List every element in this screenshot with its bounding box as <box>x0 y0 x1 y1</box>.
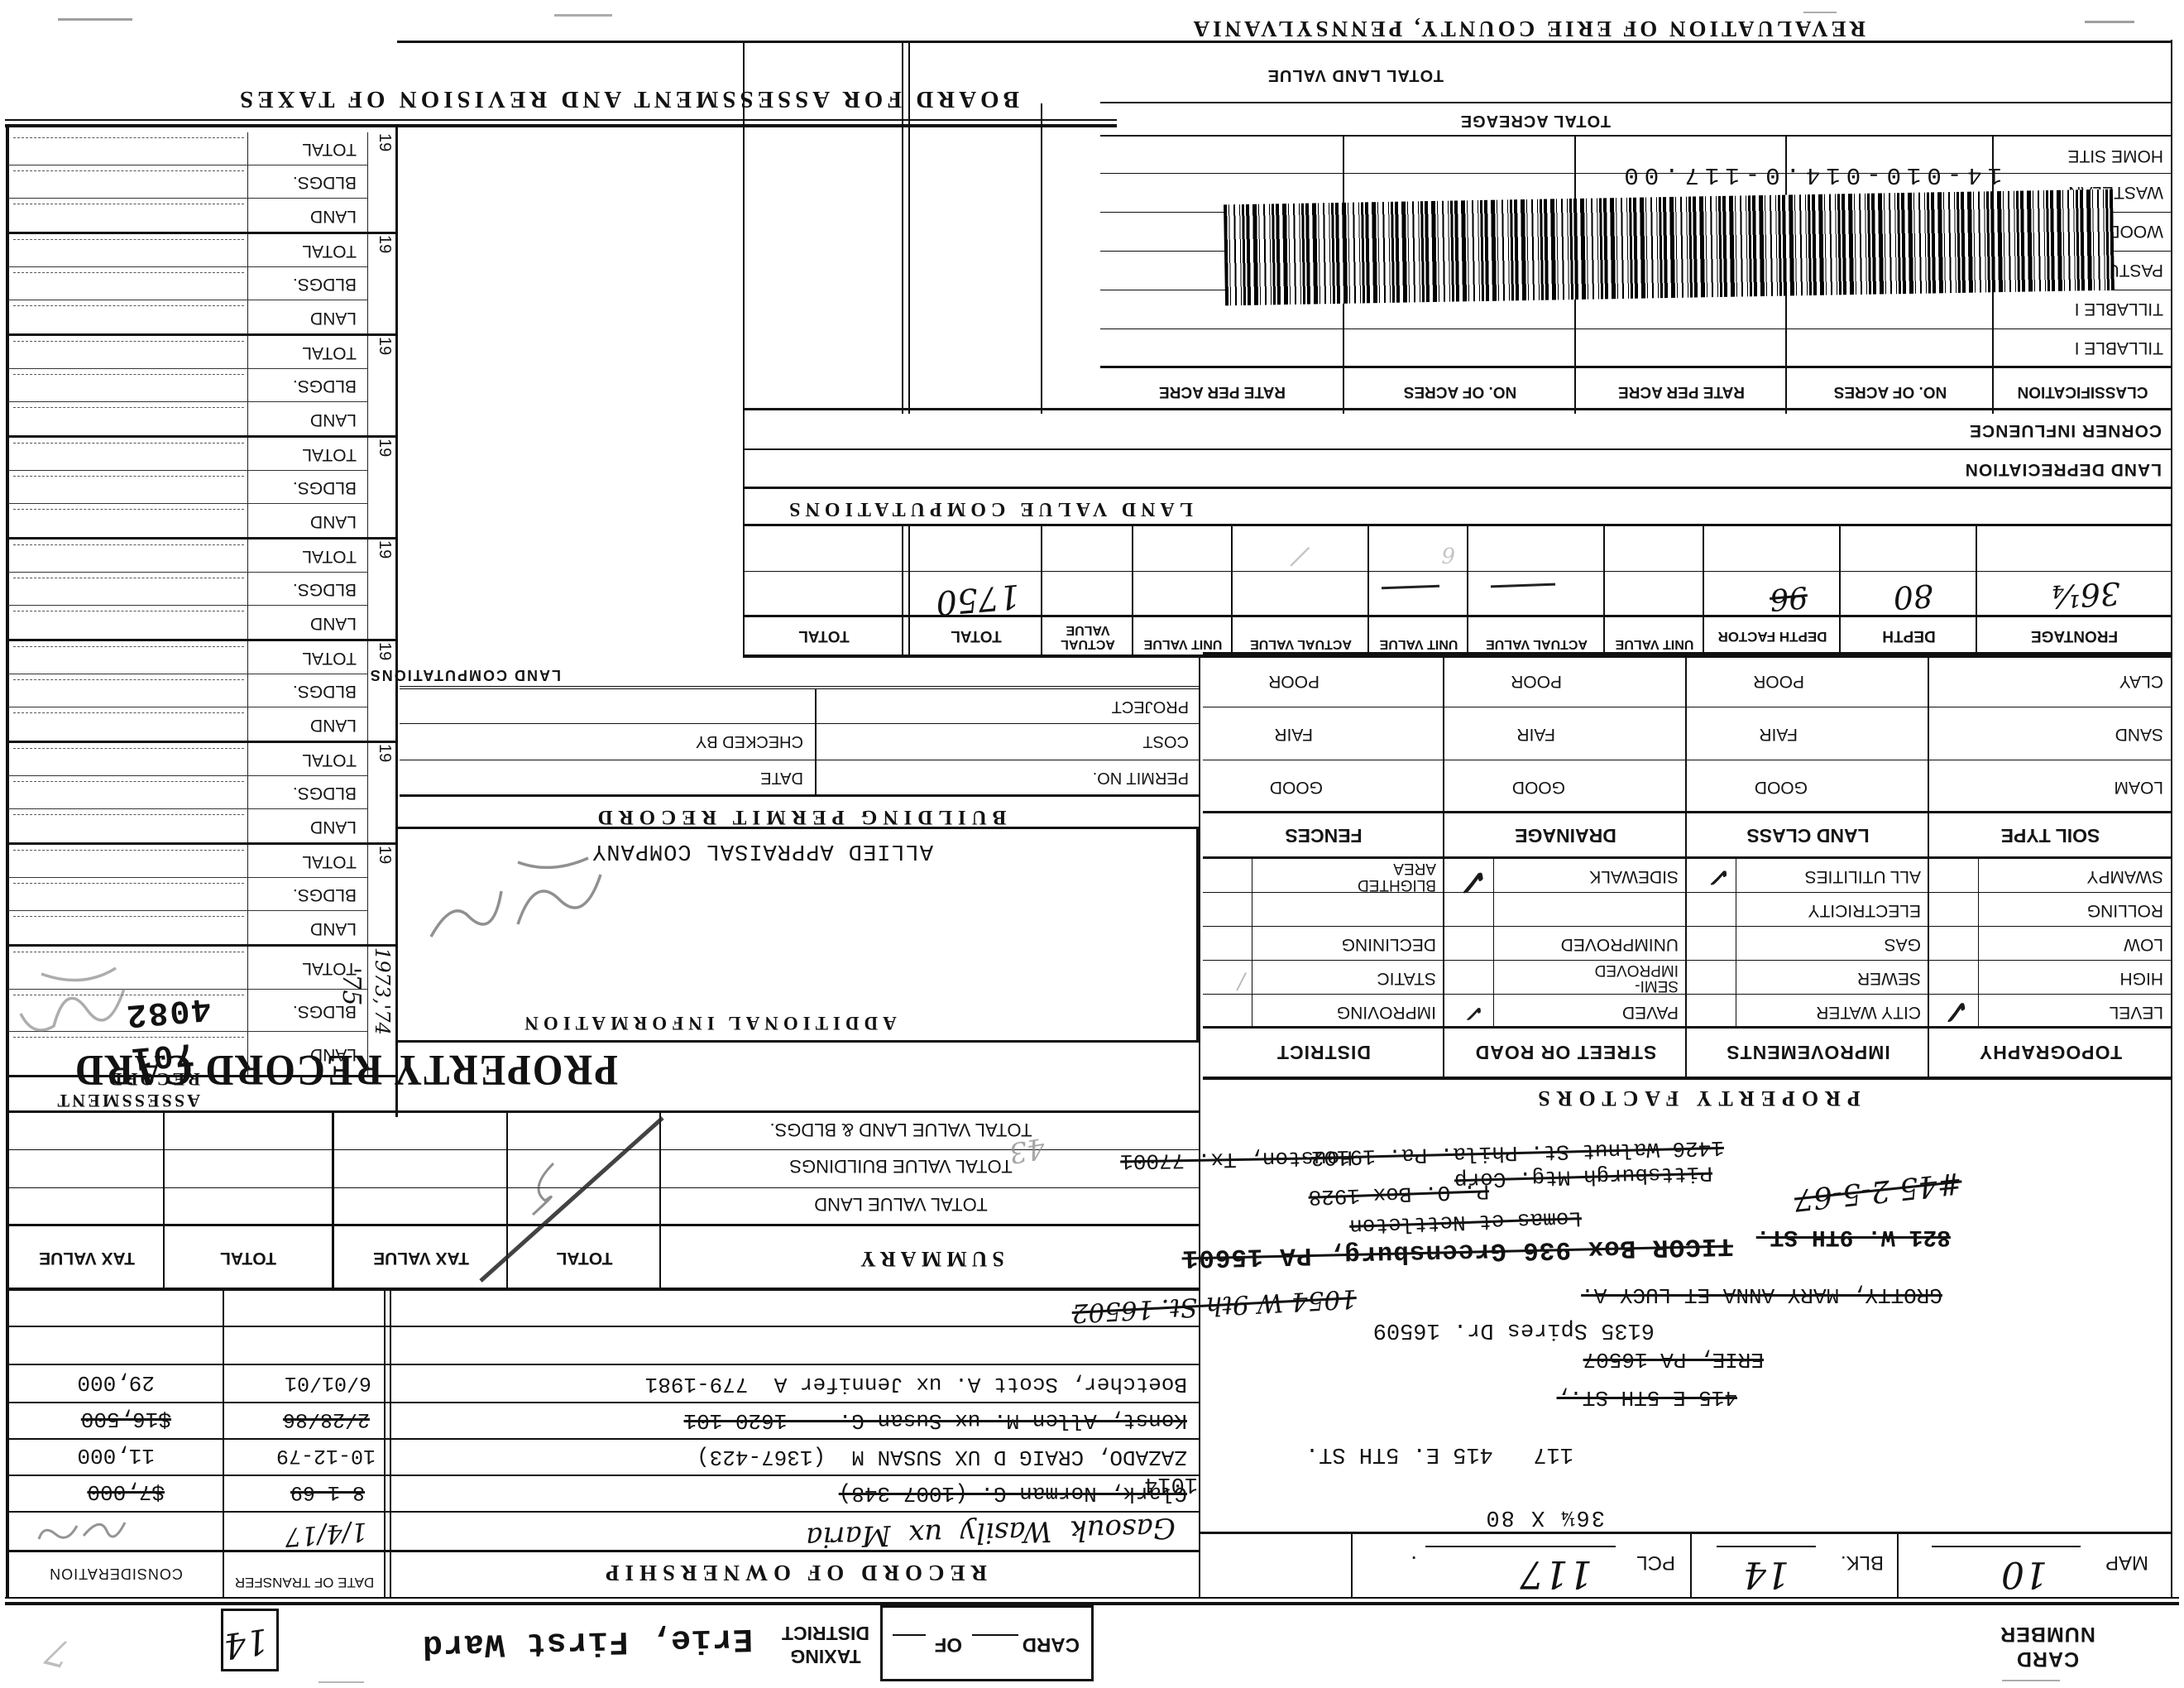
hw-total: 1750 <box>934 577 1021 622</box>
summary-table: SUMMARY TOTAL TAX VALUE TOTAL TAX VALUE … <box>9 1110 1199 1291</box>
assessment-value-line <box>13 646 244 648</box>
assessment-value-line <box>13 272 244 274</box>
assessment-row-1-2: TOTAL <box>8 845 368 878</box>
ownership-table: RECORD OF OWNERSHIP DATE OF TRANSFER CON… <box>9 1288 1199 1597</box>
assessment-row-label: TOTAL <box>302 139 357 159</box>
assessment-value-line <box>13 137 244 139</box>
lvc-banner-title: LAND VALUE COMPUTATIONS <box>757 497 1220 520</box>
handwritten-45-2-5-67: #45 2-5-67 <box>1793 1165 1964 1216</box>
board-title: BOARD FOR ASSESSMENT AND REVISION OF TAX… <box>236 85 1019 113</box>
pcl-label: PCL <box>1636 1551 1675 1574</box>
assessment-row-label: BLDGS. <box>293 172 357 192</box>
assessment-stamp-value: 4082 <box>123 989 213 1033</box>
land-class-fair: FAIR <box>1759 724 1798 744</box>
assessment-row-label: LAND <box>310 918 357 938</box>
assessment-row-label: LAND <box>310 613 357 633</box>
stamp-lomas: Lomas et Nettleton <box>1349 1206 1583 1239</box>
property-record-card-scan: CARD NUMBER CARD OF TAXING DISTRICT Erie… <box>0 0 2184 1688</box>
lvc-depr-rule <box>745 448 2172 450</box>
lvc-h-depth-factor: DEPTH FACTOR <box>1704 628 1841 645</box>
lvc-banner-rule-top <box>745 524 2172 526</box>
assessment-row-8-1: BLDGS. <box>8 165 368 199</box>
factor-unimproved: UNIMPROVED <box>1561 934 1679 954</box>
property-factors-table: TOPOGRAPHY IMPROVEMENTS STREET OR ROAD D… <box>1203 652 2172 1080</box>
assessment-row-label: BLDGS. <box>293 681 357 701</box>
assessment-value-line <box>13 407 244 409</box>
factor-rolling: ROLLING <box>2087 900 2163 920</box>
assessment-row-label: BLDGS. <box>293 1001 357 1021</box>
class-h-2: RATE PER ACRE <box>1576 382 1787 400</box>
assessment-row-label: LAND <box>310 206 357 226</box>
lvc-banner-rule-bottom <box>745 487 2172 489</box>
pencil-scribble-consideration <box>32 1514 132 1551</box>
own-row-rule-1 <box>9 1511 1199 1513</box>
assessment-group-2: 19LANDBLDGS.TOTAL <box>8 743 395 845</box>
factor-improving: IMPROVING <box>1337 1002 1436 1022</box>
land-value-computations-table: FRONTAGE DEPTH DEPTH FACTOR UNIT VALUE A… <box>745 408 2172 658</box>
permit-row-rule-2 <box>400 723 1199 724</box>
lvc-row-rule-1 <box>745 571 2172 572</box>
assessment-row-label: LAND <box>310 511 357 531</box>
revaluation-title: REVALUATION OF ERIE COUNTY, PENNSYLVANIA <box>1190 16 1865 41</box>
assessment-value-line <box>13 883 244 885</box>
blk-underline <box>1717 1546 1816 1547</box>
lvc-h-total-1: TOTAL <box>910 626 1042 645</box>
pcl-value: 117 <box>1520 1552 1592 1597</box>
rule-bottom-right-1 <box>5 124 1117 127</box>
lvc-h-total-2: TOTAL <box>745 626 903 645</box>
divider-main <box>1199 658 1200 1599</box>
factor-swampy: SWAMPY <box>2086 866 2163 886</box>
owner-date-3: 10-12-79 <box>276 1444 376 1468</box>
factor-all-utilities: ALL UTILITIES <box>1805 866 1921 886</box>
blank-zone-left-line <box>743 41 745 658</box>
class-row-homesite: HOME SITE <box>2067 146 2163 165</box>
assessment-row-1-0: LAND <box>8 911 368 944</box>
ownership-title: RECORD OF OWNERSHIP <box>438 1560 1149 1585</box>
assessment-value-line <box>13 850 244 851</box>
map-cell-line-2 <box>1690 1534 1692 1597</box>
class-h-4: RATE PER ACRE <box>1100 382 1344 400</box>
assessment-value-line <box>13 814 244 816</box>
stamp-pobox: P. O. Box 1928 <box>1308 1178 1489 1210</box>
own-header-rule <box>9 1550 1199 1552</box>
map-cell-line-3 <box>1351 1534 1353 1597</box>
lvc-h-unit-2: UNIT VALUE <box>1369 637 1468 651</box>
scan-speck-5 <box>2002 1680 2060 1681</box>
assessment-row-label: TOTAL <box>302 444 357 464</box>
assessment-row-label: LAND <box>310 308 357 328</box>
assessment-row-label: LAND <box>310 1044 357 1064</box>
assessment-row-4-0: LAND <box>8 606 368 639</box>
assessment-band-left-border <box>395 127 398 1117</box>
assessment-year-0: 1973,'74 <box>371 947 394 1070</box>
card-blank-2 <box>893 1634 926 1636</box>
assessment-row-5-2: TOTAL <box>8 438 368 471</box>
assessment-value-line <box>13 443 244 444</box>
factors-header-district: DISTRICT <box>1203 1041 1444 1063</box>
hw-dash-1 <box>1491 583 1555 588</box>
assessment-row-label: BLDGS. <box>293 376 357 396</box>
assessment-row-1-1: BLDGS. <box>8 878 368 911</box>
rule-top-2 <box>5 1597 2179 1599</box>
address-old1: 415 E 5TH ST., <box>1557 1385 1737 1410</box>
additional-information-box: ADDITIONAL INFORMATION ALLIED APPRAISAL … <box>395 827 1199 1043</box>
assessment-group-8: 19LANDBLDGS.TOTAL <box>8 132 395 234</box>
map-underline <box>1932 1546 2081 1547</box>
address-line1: 117 415 E. 5TH ST. <box>1305 1441 1573 1466</box>
factors-col-line-3 <box>1443 655 1444 1077</box>
permit-checked-by-label: CHECKED BY <box>696 731 803 750</box>
assessment-value-line <box>13 712 244 714</box>
factors-row-rule-3 <box>1203 926 2172 927</box>
assessment-value-line <box>13 781 244 783</box>
assessment-row-5-0: LAND <box>8 504 368 537</box>
assessment-row-8-2: TOTAL <box>8 132 368 165</box>
lvc-h-unit-1: UNIT VALUE <box>1605 637 1704 651</box>
owner-date-4: 2/28/86 <box>283 1407 370 1431</box>
assessment-row-3-0: LAND <box>8 707 368 741</box>
assessment-value-line <box>13 544 244 546</box>
assessment-group-1: 19LANDBLDGS.TOTAL <box>8 845 395 947</box>
drainage-fair: FAIR <box>1516 724 1555 744</box>
drainage-good: GOOD <box>1512 777 1565 797</box>
taxing-district-stamp: Erie, First Ward <box>422 1619 754 1663</box>
card-of-box: CARD OF <box>880 1605 1094 1681</box>
pcl-period: . <box>1410 1551 1417 1577</box>
factors-check-line-3 <box>1252 859 1252 1029</box>
address-old2: ERIE, PA 16507 <box>1583 1347 1764 1372</box>
own-row-rule-2 <box>9 1475 1199 1476</box>
blk-value: 14 <box>1743 1553 1789 1595</box>
assessment-row-7-0: LAND <box>8 300 368 333</box>
factor-static: STATIC <box>1377 968 1436 988</box>
factor-gas: GAS <box>1885 934 1921 954</box>
scan-speck-1 <box>2085 21 2134 23</box>
assessment-row-3-1: BLDGS. <box>8 674 368 707</box>
scan-speck-4 <box>58 18 132 21</box>
scan-speck-6 <box>318 1681 364 1683</box>
map-blk-pcl-row: MAP 10 BLK. 14 PCL 117 . <box>1200 1532 2172 1597</box>
assessment-row-3-2: TOTAL <box>8 641 368 674</box>
class-h-1: NO. OF ACRES <box>1787 382 1994 400</box>
class-row-tillable1: TILLABLE I <box>2075 338 2163 357</box>
assessment-year-6: 19 <box>375 337 394 430</box>
pencil-43: 43 <box>1007 1131 1048 1170</box>
factor-sidewalk: SIDEWALK <box>1589 866 1679 886</box>
fences-header: FENCES <box>1203 824 1444 846</box>
own-row-rule-3 <box>9 1438 1199 1440</box>
assessment-year-4: 19 <box>375 540 394 634</box>
factors-header-topography: TOPOGRAPHY <box>1929 1041 2172 1063</box>
stamp-821-w9th: 821 W. 9TH ST. <box>1756 1224 1951 1249</box>
check-sidewalk: ✓ <box>1460 861 1492 902</box>
permit-row-rule-1 <box>400 760 1199 760</box>
land-class-header: LAND CLASS <box>1687 824 1929 846</box>
factors-header-street: STREET OR ROAD <box>1444 1041 1687 1063</box>
assessment-row-2-2: TOTAL <box>8 743 368 776</box>
lvc-h-frontage: FRONTAGE <box>1977 626 2172 645</box>
soil-row-rule-2 <box>1203 707 2172 707</box>
assessment-row-7-2: TOTAL <box>8 234 368 267</box>
assessment-row-6-2: TOTAL <box>8 336 368 369</box>
assessment-year-2: 19 <box>375 744 394 837</box>
assessment-row-7-1: BLDGS. <box>8 267 368 300</box>
owner-name-5: Boetcher, Scott A. ux Jennifer A 779-198… <box>645 1372 1187 1397</box>
additional-information-title: ADDITIONAL INFORMATION <box>419 1012 998 1033</box>
land-class-good: GOOD <box>1755 777 1808 797</box>
hw-depth-factor: 96 <box>1768 579 1808 616</box>
assessment-row-label: TOTAL <box>302 648 357 668</box>
total-land-value-label: TOTAL LAND VALUE <box>1267 65 1444 84</box>
address-current: 6135 Spires Dr. 16509 <box>1373 1317 1655 1342</box>
assessment-value-line <box>13 239 244 241</box>
assessment-row-8-0: LAND <box>8 199 368 232</box>
class-h-3: NO. OF ACRES <box>1344 382 1576 400</box>
building-permit-record: BUILDING PERMIT RECORD PERMIT NO. DATE C… <box>400 686 1199 832</box>
soil-header-rule-top <box>1203 856 2172 859</box>
factor-low: LOW <box>2124 934 2163 954</box>
factor-electricity: ELECTRICITY <box>1808 900 1921 920</box>
assessment-groups: 1973,'74'75LAND701BLDGS.4082TOTAL19LANDB… <box>8 127 395 1077</box>
soil-sand: SAND <box>2115 724 2163 744</box>
ward-box: 14 <box>221 1609 279 1671</box>
assessment-row-label: LAND <box>310 715 357 735</box>
pencil-slash-summary <box>462 1114 678 1288</box>
summary-row-land-bldgs: TOTAL VALUE LAND & BLDGS. <box>669 1119 1133 1140</box>
total-col-line-ext <box>1041 103 1042 414</box>
summary-taxvalue-2: TAX VALUE <box>9 1248 165 1268</box>
owner-amount-5: 29,000 <box>77 1370 155 1395</box>
owner-amount-3: 11,000 <box>77 1443 155 1468</box>
drainage-header: DRAINAGE <box>1444 824 1687 846</box>
hw-faint-slash: / <box>1291 539 1310 574</box>
hw-frontage: 36¼ <box>2049 575 2121 615</box>
assessment-year-8: 19 <box>375 133 394 227</box>
factors-header-improvements: IMPROVEMENTS <box>1687 1041 1929 1063</box>
assessment-value-line <box>13 341 244 343</box>
assessment-group-6: 19LANDBLDGS.TOTAL <box>8 336 395 438</box>
assessment-value-line <box>13 374 244 376</box>
check-static-pencil: / <box>1238 969 1245 994</box>
allied-appraisal-company: ALLIED APPRAISAL COMPANY <box>591 838 933 863</box>
parcel-barcode <box>1224 189 2115 306</box>
factor-paved: PAVED <box>1622 1002 1679 1022</box>
permit-cost-label: COST <box>1142 731 1189 750</box>
class-header-rule <box>1100 366 2172 368</box>
stamp-ticor: TICOR Box 936 Greensburg, PA 15601 <box>1181 1230 1733 1272</box>
class-row-rule-1 <box>1100 328 2172 329</box>
lvc-h-actual-3: ACTUAL VALUE <box>1042 623 1133 651</box>
check-all-utilities: ✓ <box>1711 862 1731 891</box>
date-of-transfer-header: DATE OF TRANSFER <box>226 1575 383 1590</box>
taxing-district-label: TAXING DISTRICT <box>776 1622 875 1668</box>
summary-title: SUMMARY <box>661 1246 1199 1271</box>
assessment-value-line <box>13 916 244 918</box>
assessment-row-2-1: BLDGS. <box>8 776 368 809</box>
own-row-rule-4 <box>9 1402 1199 1403</box>
factor-semi-improved: SEMI- IMPROVED <box>1571 962 1679 994</box>
permit-title-rule <box>400 794 1199 797</box>
assessment-row-label: BLDGS. <box>293 274 357 294</box>
scan-speck-2 <box>1803 12 1837 13</box>
assessment-group-5: 19LANDBLDGS.TOTAL <box>8 438 395 539</box>
assessment-value-line <box>13 611 244 612</box>
ward-box-value: 14 <box>221 1621 271 1667</box>
owner-name-3: ZAZADO, CRAIG D UX SUSAN M (1367-423) <box>697 1445 1187 1470</box>
assessment-row-2-0: LAND <box>8 809 368 842</box>
lvc-line-6 <box>1367 526 1369 655</box>
check-paved: ✓ <box>1467 1000 1485 1025</box>
parcel-barcode-number: 14-010-014.0-117.00 <box>1618 161 2002 189</box>
pencil-mark-corner: 7 <box>41 1628 74 1675</box>
factors-row-rule-1 <box>1203 994 2172 995</box>
factors-col-line-1 <box>1928 655 1929 1077</box>
soil-clay: CLAY <box>2119 671 2163 691</box>
assessment-value-line <box>13 476 244 477</box>
soil-loam: LOAM <box>2114 777 2163 797</box>
card-number-label: CARD NUMBER <box>1994 1622 2101 1671</box>
permit-date-label: DATE <box>760 768 803 787</box>
fences-good: GOOD <box>1270 777 1323 797</box>
soil-type-header: SOIL TYPE <box>1929 824 2172 846</box>
class-h-0: CLASSIFICATION <box>1994 382 2172 400</box>
rule-top-1 <box>5 1602 2179 1605</box>
factor-declining: DECLINING <box>1342 934 1436 954</box>
assessment-row-label: TOTAL <box>302 343 357 362</box>
owner-date-1: 1/4/17 <box>284 1517 368 1552</box>
land-class-poor: POOR <box>1753 671 1804 691</box>
summary-total-2: TOTAL <box>165 1248 332 1268</box>
assessment-row-6-0: LAND <box>8 402 368 435</box>
lvc-h-depth: DEPTH <box>1841 626 1977 645</box>
assessment-row-label: TOTAL <box>302 546 357 566</box>
factors-check-line-0 <box>1978 859 1979 1029</box>
permit-project-label: PROJECT <box>1112 697 1189 716</box>
assessment-row-4-1: BLDGS. <box>8 573 368 606</box>
assessment-stamp-value: 701 <box>128 1033 196 1077</box>
summary-row-land: TOTAL VALUE LAND <box>669 1193 1133 1215</box>
summary-row-buildings: TOTAL VALUE BUILDINGS <box>669 1155 1133 1177</box>
lvc-line-4 <box>1603 526 1605 655</box>
pcl-underline <box>1425 1546 1616 1547</box>
class-row-tillable2: TILLABLE I <box>2075 299 2163 319</box>
assessment-group-4: 19LANDBLDGS.TOTAL <box>8 539 395 641</box>
assessment-row-5-1: BLDGS. <box>8 471 368 504</box>
assessment-row-label: LAND <box>310 410 357 429</box>
hw-depth: 80 <box>1892 577 1934 616</box>
assessment-year-1: 19 <box>375 846 394 939</box>
owner-name-2: Clark, Norman G. (1007-348) <box>839 1481 1187 1506</box>
owner-name-1: Gasouk Wasily ux Maria <box>806 1511 1176 1554</box>
lvc-h-unit-3: UNIT VALUE <box>1133 637 1233 651</box>
assessment-value-line <box>13 509 244 511</box>
lvc-h-actual-1: ACTUAL VALUE <box>1468 637 1605 651</box>
owner-date-5: 6/01/01 <box>285 1371 371 1395</box>
lot-dimensions: 36¼ X 80 <box>1484 1504 1605 1529</box>
own-row-rule-6 <box>9 1326 1199 1327</box>
blk-label: BLK. <box>1841 1551 1884 1574</box>
factor-sewer: SEWER <box>1857 968 1921 988</box>
factors-header-rule <box>1203 1026 2172 1029</box>
drainage-poor: POOR <box>1511 671 1562 691</box>
factor-level: LEVEL <box>2110 1002 2163 1022</box>
assessment-row-4-2: TOTAL <box>8 539 368 573</box>
hw-faint-6: 6 <box>1441 542 1455 567</box>
corner-influence-label: CORNER INFLUENCE <box>1969 420 2162 440</box>
address-old3: GROTTY, MARY ANNA ET LUCY A. <box>1581 1283 1942 1307</box>
total-acreage-label: TOTAL ACREAGE <box>1460 111 1611 130</box>
owner-name-4: Konst, Allen M. ux Susan G. 1620-101 <box>684 1408 1188 1433</box>
total-acreage-row: TOTAL ACREAGE <box>1100 102 2172 137</box>
check-level: ✓ <box>1944 992 1974 1030</box>
pencil-scribble-group1 <box>8 947 132 1072</box>
map-label: MAP <box>2105 1551 2148 1574</box>
owner-date-2: 8-1-69 <box>290 1480 365 1504</box>
assessment-row-label: BLDGS. <box>293 885 357 904</box>
permit-no-label: PERMIT NO. <box>1093 768 1189 787</box>
permit-mid-line <box>815 689 817 797</box>
lvc-line-7 <box>1231 526 1233 655</box>
assessment-row-label: TOTAL <box>302 241 357 261</box>
pencil-scribble-additional <box>419 850 617 974</box>
land-depreciation-label: LAND DEPRECIATION <box>1965 459 2162 479</box>
rule-bottom-right-2 <box>5 119 1117 121</box>
lvc-line-5 <box>1467 526 1468 655</box>
factors-check-line-2 <box>1493 859 1494 1029</box>
assessment-year-3: 19 <box>375 642 394 736</box>
hw-dash-2 <box>1382 585 1439 589</box>
assessment-group-7: 19LANDBLDGS.TOTAL <box>8 234 395 336</box>
assessment-value-line <box>13 204 244 205</box>
building-permit-title: BUILDING PERMIT RECORD <box>400 805 1199 828</box>
factors-row-rule-2 <box>1203 960 2172 961</box>
assessment-row-label: BLDGS. <box>293 477 357 497</box>
assessment-row-label: TOTAL <box>302 958 357 978</box>
assessment-value-line <box>13 578 244 579</box>
assessment-row-label: TOTAL <box>302 750 357 770</box>
assessment-year-7: 19 <box>375 235 394 328</box>
assessment-row-label: TOTAL <box>302 851 357 871</box>
factor-blighted-area: BLIGHTED AREA <box>1345 860 1436 893</box>
factor-high: HIGH <box>2120 968 2164 988</box>
assessment-row-label: BLDGS. <box>293 783 357 803</box>
assessment-value-line <box>13 679 244 681</box>
consideration-header: CONSIDERATION <box>9 1565 223 1582</box>
soil-row-rule-1 <box>1203 760 2172 760</box>
fences-poor: POOR <box>1268 671 1319 691</box>
owner-amount-2: $7,000 <box>87 1479 165 1504</box>
assessment-year-5: 19 <box>375 439 394 532</box>
assessment-value-line <box>13 170 244 172</box>
card-of-card-label: CARD <box>1023 1633 1080 1656</box>
assessment-row-6-1: BLDGS. <box>8 369 368 402</box>
assessment-row-label: BLDGS. <box>293 579 357 599</box>
assessment-value-line <box>13 305 244 307</box>
lvc-h-actual-2: ACTUAL VALUE <box>1233 637 1369 651</box>
property-factors-title: PROPERTY FACTORS <box>1489 1086 1903 1110</box>
card-blank-1 <box>972 1634 1018 1636</box>
soil-header-rule-bottom <box>1203 811 2172 813</box>
own-row-rule-5 <box>9 1364 1199 1365</box>
factors-col-line-2 <box>1685 655 1687 1077</box>
factors-check-line-1 <box>1736 859 1736 1029</box>
scan-speck-3 <box>554 14 612 17</box>
factor-city-water: CITY WATER <box>1816 1002 1921 1022</box>
owner-amount-4: $16,500 <box>81 1407 171 1431</box>
card-of-of-label: OF <box>935 1633 962 1656</box>
map-value: 10 <box>2001 1553 2047 1595</box>
